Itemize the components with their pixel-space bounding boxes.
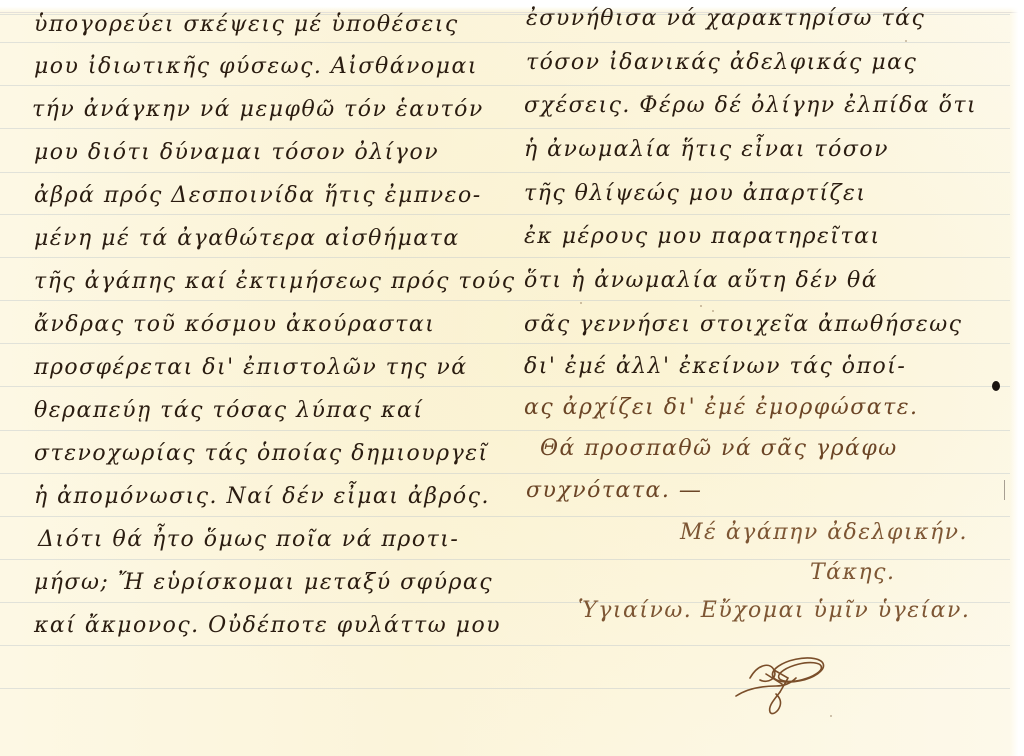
ruled-line [0, 473, 1010, 474]
paper-speck [700, 305, 702, 307]
letter-line: ἐκ μέρους μου παρατηρεῖται [524, 224, 881, 249]
ruled-line [0, 430, 1010, 431]
letter-line: ας ἀρχίζει δι' ἐμέ ἐμορφώσατε. [524, 395, 919, 420]
paper-speck [580, 302, 582, 304]
letter-line: στενοχωρίας τάς ὁποίας δημιουργεῖ [34, 441, 489, 466]
ruled-line [0, 85, 1010, 86]
closing-line: συχνότατα. — [526, 478, 702, 503]
ink-blot [992, 381, 1000, 391]
ruled-line [0, 386, 1010, 387]
margin-mark [1004, 480, 1005, 500]
letter-line: μου ἰδιωτικῆς φύσεως. Αἰσθάνομαι [34, 54, 478, 79]
paper-speck [905, 40, 907, 42]
letter-page: ὑπογορεύει σκέψεις μέ ὑποθέσεις μου ἰδιω… [0, 0, 1024, 756]
paper-speck [830, 715, 832, 717]
letter-line: ἡ ἀνωμαλία ἥτις εἶναι τόσον [524, 137, 889, 162]
letter-line: θεραπεύῃ τάς τόσας λύπας καί [34, 398, 423, 423]
ruled-line [0, 172, 1010, 173]
valediction: Μέ ἀγάπην ἀδελφικήν. [680, 520, 968, 545]
ruled-line [0, 645, 1010, 646]
letter-line: μένη μέ τά ἀγαθώτερα αἰσθήματα [34, 226, 460, 251]
letter-line: ὑπογορεύει σκέψεις μέ ὑποθέσεις [34, 12, 459, 37]
letter-line: ἐσυνήθισα νά χαρακτηρίσω τάς [526, 6, 925, 31]
postscript: Ὑγιαίνω. Εὔχομαι ὑμῖν ὑγείαν. [578, 598, 970, 623]
ruled-line [0, 214, 1010, 215]
letter-line: ἡ ἀπομόνωσις. Ναί δέν εἶμαι ἀβρός. [34, 484, 490, 509]
ruled-line [0, 516, 1010, 517]
ruled-line [0, 257, 1010, 258]
signature-flourish-icon [730, 648, 840, 718]
letter-line: τόσον ἰδανικάς ἀδελφικάς μας [526, 50, 917, 75]
letter-line: μήσω; Ἤ εὑρίσκομαι μεταξύ σφύρας [34, 570, 493, 595]
letter-line: καί ἄκμονος. Οὐδέποτε φυλάττω μου [34, 613, 501, 638]
sender-name: Τάκης. [810, 560, 895, 585]
letter-line: δι' ἐμέ ἀλλ' ἐκείνων τάς ὁποί- [524, 354, 906, 379]
letter-line: σχέσεις. Φέρω δέ ὀλίγην ἐλπίδα ὅτι [524, 93, 977, 118]
letter-line: ἀβρά πρός Δεσποινίδα ἥτις ἐμπνεο- [34, 183, 482, 208]
ruled-line [0, 300, 1010, 301]
letter-line: τήν ἀνάγκην νά μεμφθῶ τόν ἑαυτόν [32, 97, 484, 122]
letter-line: τῆς ἀγάπης καί ἐκτιμήσεως πρός τούς [34, 269, 516, 294]
letter-line: τῆς θλίψεώς μου ἀπαρτίζει [524, 181, 866, 206]
closing-line: Θά προσπαθῶ νά σᾶς γράφω [540, 436, 898, 461]
paper-right-edge [1010, 0, 1024, 756]
letter-line: Διότι θά ἦτο ὅμως ποῖα νά προτι- [38, 527, 459, 552]
letter-line: προσφέρεται δι' ἐπιστολῶν της νά [34, 355, 468, 380]
ruled-line [0, 688, 1010, 689]
ruled-line [0, 128, 1010, 129]
paper-speck [712, 310, 714, 312]
letter-line: σᾶς γεννήσει στοιχεῖα ἀπωθήσεως [524, 312, 962, 337]
ruled-line [0, 343, 1010, 344]
letter-line: ὅτι ἡ ἀνωμαλία αὕτη δέν θά [524, 268, 878, 293]
letter-line: ἄνδρας τοῦ κόσμου ἀκούρασται [34, 312, 435, 337]
ruled-line [0, 42, 1010, 43]
letter-line: μου διότι δύναμαι τόσον ὀλίγον [34, 140, 439, 165]
